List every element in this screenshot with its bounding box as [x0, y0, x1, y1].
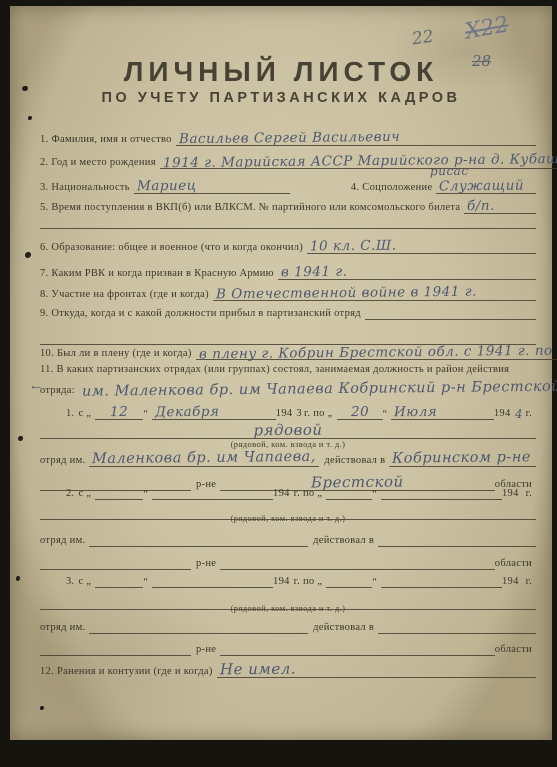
- field-8-line: В Отечественной войне в 1941 г.: [213, 285, 536, 301]
- service-2-deystvoval-line: [378, 534, 536, 547]
- field-3-line: Мариец: [134, 178, 290, 194]
- rne-label: р-не: [191, 558, 220, 570]
- service-1-month-from-line: Декабря: [152, 404, 276, 420]
- s-open-label: с „: [78, 408, 95, 420]
- quote-close-label: “: [143, 577, 152, 588]
- field-row-10: 10. Был ли в плену (где и когда) в плену…: [40, 344, 536, 360]
- year-prefix-label: 194: [273, 488, 294, 500]
- g-label: г.: [523, 576, 536, 588]
- service-3-month-from-line: [152, 575, 273, 588]
- service-2-oblast-line: [220, 557, 495, 570]
- field-2-line: 1914 г. Марийская АССР Марийского р-на д…: [160, 153, 557, 169]
- field-row-1: 1. Фамилия, имя и отчество Васильев Серг…: [40, 130, 536, 146]
- service-1-dates-row: 1. с „ 12 “ Декабря 194 3 г. по „ 20 “ И…: [66, 404, 536, 420]
- service-3-month-to-line: [381, 575, 502, 588]
- scanned-document: 22 Х22 28 ✓ ЛИЧНЫЙ ЛИСТОК ПО УЧЕТУ ПАРТИ…: [0, 0, 557, 767]
- service-1-position-line: рядовой: [40, 421, 536, 439]
- year-prefix-label: 194: [502, 576, 523, 588]
- quote-close-label: “: [372, 577, 381, 588]
- blank-line: [40, 216, 536, 229]
- field-7-value: в 1941 г.: [281, 265, 348, 281]
- service-1-position-row: рядовой: [40, 421, 536, 439]
- ink-speck: [25, 252, 31, 258]
- field-12-value: Не имел.: [220, 661, 296, 678]
- otryad-im-label: отряд им.: [40, 535, 89, 547]
- field-2-label: 2. Год и место рождения: [40, 157, 160, 169]
- pencil-crossed-number: Х22: [463, 12, 510, 44]
- otryad-im-label: отряд им.: [40, 622, 89, 634]
- g-po-label: г. по „: [294, 488, 327, 500]
- service-2-num: 2.: [66, 488, 78, 500]
- field-9-line: [365, 307, 536, 320]
- field-row-11: 11. В каких партизанских отрядах (или гр…: [40, 364, 536, 376]
- field-1-value: Васильев Сергей Васильевич: [179, 130, 400, 147]
- field-11-otryada-label: отряда:: [40, 385, 79, 397]
- service-1-day-to-line: 20: [337, 404, 383, 420]
- field-3-label: 3. Национальность: [40, 182, 134, 194]
- field-4-label: 4. Соцположение: [351, 182, 437, 194]
- service-3-otryad-line: [89, 621, 308, 634]
- position-caption: (рядовой, ком. взвода и т. д.): [40, 603, 536, 613]
- field-11-otryada-row: отряда: им. Маленкова бр. им Чапаева Коб…: [40, 381, 536, 397]
- field-9-label: 9. Откуда, когда и с какой должности при…: [40, 308, 365, 320]
- service-1-deystvoval-line: Кобринском р-не: [389, 450, 536, 467]
- pencil-page-number: 22: [411, 27, 435, 50]
- field-11-otryada-value: им. Маленкова бр. им Чапаева Кобринский …: [82, 379, 557, 400]
- service-1-day-to: 20: [350, 405, 368, 420]
- position-caption: (рядовой, ком. взвода и т. д.): [40, 513, 536, 523]
- field-6-line: 10 кл. С.Ш.: [307, 238, 536, 254]
- s-open-label: с „: [78, 488, 95, 500]
- field-row-8: 8. Участие на фронтах (где и когда) В От…: [40, 285, 536, 301]
- deystvoval-v-label: действовал в: [308, 622, 378, 634]
- field-row-3-4: 3. Национальность Мариец 4. Соцположение…: [40, 178, 536, 194]
- service-1-year-from-digit: 3: [296, 408, 304, 420]
- deystvoval-v-label: действовал в: [308, 535, 378, 547]
- field-6-value: 10 кл. С.Ш.: [310, 239, 397, 255]
- ink-speck: [16, 576, 20, 581]
- field-row-12: 12. Ранения и контузии (где и когда) Не …: [40, 660, 536, 678]
- service-3-deystvoval-line: [378, 621, 536, 634]
- service-1-position: рядовой: [43, 419, 533, 441]
- g-label: г.: [523, 408, 536, 420]
- g-label: г.: [523, 488, 536, 500]
- field-row-5: 5. Время поступления в ВКП(б) или ВЛКСМ.…: [40, 198, 536, 214]
- service-2-region-row: р-не области: [40, 557, 536, 570]
- service-2-otryad-row: отряд им. действовал в: [40, 534, 536, 547]
- quote-close-label: “: [143, 409, 152, 420]
- service-2-rayon-line: [40, 557, 191, 570]
- year-prefix-label: 194: [276, 408, 297, 420]
- field-2-value-overflow: рисас: [430, 164, 469, 178]
- field-1-line: Васильев Сергей Васильевич: [176, 130, 536, 146]
- field-row-7: 7. Каким РВК и когда призван в Красную А…: [40, 264, 536, 280]
- position-caption: (рядовой, ком. взвода и т. д.): [40, 439, 536, 449]
- year-prefix-label: 194: [502, 488, 523, 500]
- form-subtitle: ПО УЧЕТУ ПАРТИЗАНСКИХ КАДРОВ: [10, 90, 552, 106]
- field-10-label: 10. Был ли в плену (где и когда): [40, 348, 196, 360]
- field-7-label: 7. Каким РВК и когда призван в Красную А…: [40, 268, 278, 280]
- field-7-line: в 1941 г.: [278, 264, 536, 280]
- service-1-month-from: Декабря: [155, 405, 220, 421]
- service-3-position: [43, 595, 533, 600]
- service-3-day-to-line: [326, 575, 372, 588]
- service-3-rayon-line: [40, 643, 191, 656]
- field-row-9: 9. Откуда, когда и с какой должности при…: [40, 307, 536, 320]
- quote-close-label: “: [372, 489, 381, 500]
- quote-close-label: “: [143, 489, 152, 500]
- service-2-otryad-line: [89, 534, 308, 547]
- deystvoval-v-label: действовал в: [319, 455, 389, 467]
- ink-speck: [18, 436, 23, 441]
- service-2-position: [43, 505, 533, 510]
- g-po-label: г. по „: [304, 408, 337, 420]
- year-prefix-label: 194: [494, 408, 515, 420]
- service-3-num: 3.: [66, 576, 78, 588]
- field-3-value: Мариец: [137, 179, 197, 194]
- service-1-otryad-row: отряд им. Маленкова бр. им Чапаева, дейс…: [40, 450, 536, 467]
- form-paper: 22 Х22 28 ✓ ЛИЧНЫЙ ЛИСТОК ПО УЧЕТУ ПАРТИ…: [10, 6, 552, 740]
- form-title: ЛИЧНЫЙ ЛИСТОК: [10, 56, 552, 88]
- service-1-otryad: Маленкова бр. им Чапаева,: [92, 450, 316, 468]
- oblasti-label: области: [495, 644, 536, 656]
- field-1-label: 1. Фамилия, имя и отчество: [40, 134, 176, 146]
- field-8-value: В Отечественной войне в 1941 г.: [216, 285, 477, 303]
- ink-speck: [28, 116, 32, 120]
- s-open-label: с „: [78, 576, 95, 588]
- service-3-day-from-line: [95, 575, 143, 588]
- field-8-label: 8. Участие на фронтах (где и когда): [40, 289, 213, 301]
- otryad-im-label: отряд им.: [40, 455, 89, 467]
- ink-speck: [40, 706, 44, 710]
- service-3-otryad-row: отряд им. действовал в: [40, 621, 536, 634]
- field-5-line: б/п.: [464, 198, 536, 214]
- field-11-otryada-line: им. Маленкова бр. им Чапаева Кобринский …: [79, 381, 557, 397]
- service-1-month-to: Июля: [394, 405, 437, 420]
- field-12-label: 12. Ранения и контузии (где и когда): [40, 666, 217, 678]
- field-4-value: Служащий: [439, 179, 524, 195]
- field-gap: [290, 182, 351, 194]
- service-2-day-to-line: [326, 487, 372, 500]
- field-10-value: в плену г. Кобрин Брестской обл. с 1941 …: [199, 343, 557, 363]
- field-4-line: Служащий: [436, 178, 536, 194]
- service-1-day-from: 12: [110, 405, 128, 420]
- service-1-otryad-line: Маленкова бр. им Чапаева,: [89, 450, 319, 467]
- year-prefix-label: 194: [273, 576, 294, 588]
- service-3-region-row: р-не области: [40, 643, 536, 656]
- field-5-label: 5. Время поступления в ВКП(б) или ВЛКСМ.…: [40, 202, 464, 214]
- service-2-month-to-line: [381, 487, 502, 500]
- service-1-num: 1.: [66, 408, 78, 420]
- service-1-month-to-line: Июля: [391, 404, 493, 420]
- rne-label: р-не: [191, 644, 220, 656]
- service-2-month-from-line: [152, 487, 273, 500]
- service-1-day-from-line: 12: [95, 404, 143, 420]
- service-3-dates-row: 3. с „ “ 194 г. по „ “ 194 г.: [66, 575, 536, 588]
- field-11-label: 11. В каких партизанских отрядах (или гр…: [40, 364, 513, 376]
- service-2-day-from-line: [95, 487, 143, 500]
- service-2-dates-row: 2. с „ “ 194 г. по „ “ 194 г.: [66, 487, 536, 500]
- field-row-6: 6. Образование: общее и военное (что и к…: [40, 238, 536, 254]
- oblasti-label: области: [495, 558, 536, 570]
- g-po-label: г. по „: [294, 576, 327, 588]
- field-2-value: 1914 г. Марийская АССР Марийского р-на д…: [163, 152, 557, 171]
- quote-close-label: “: [383, 409, 392, 420]
- field-6-label: 6. Образование: общее и военное (что и к…: [40, 242, 307, 254]
- field-10-line: в плену г. Кобрин Брестской обл. с 1941 …: [196, 344, 557, 360]
- service-3-oblast-line: [220, 643, 495, 656]
- divider-line-1: [40, 216, 536, 229]
- service-1-deystvoval: Кобринском р-не: [392, 450, 531, 467]
- field-5-value: б/п.: [467, 199, 495, 214]
- field-12-line: Не имел.: [217, 660, 536, 678]
